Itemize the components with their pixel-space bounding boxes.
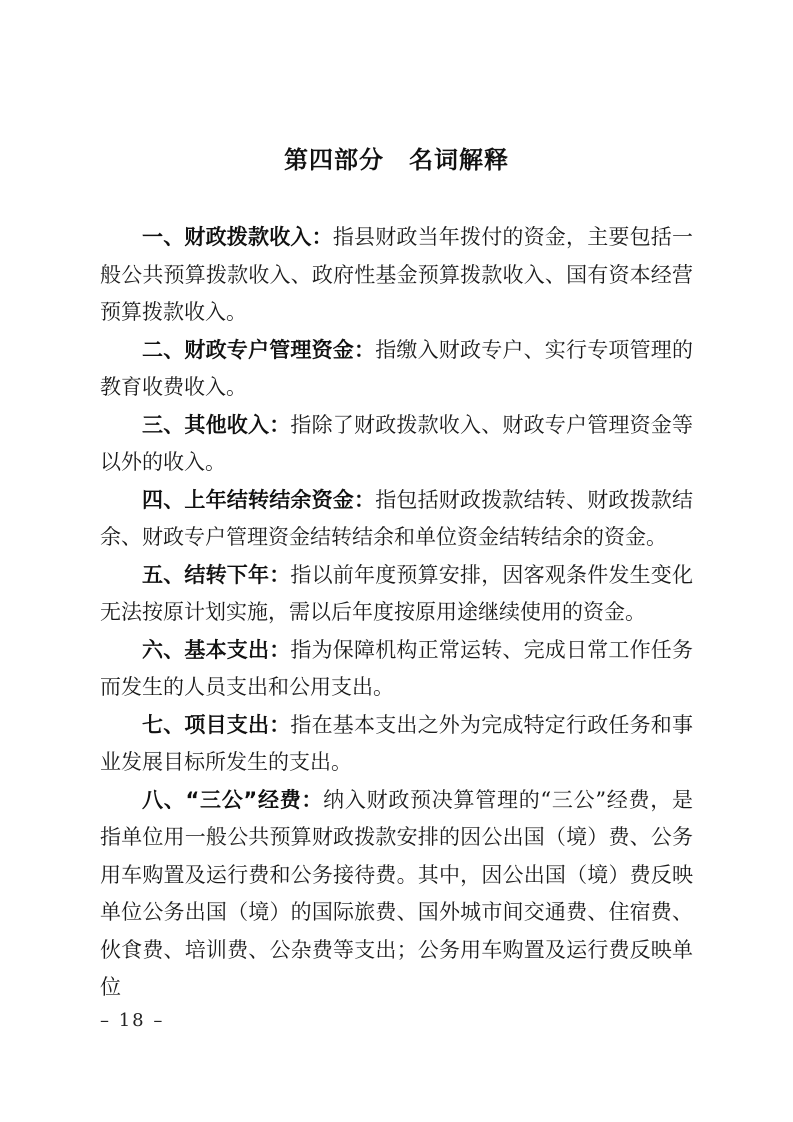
- definition-paragraph: 三、其他收入：指除了财政拨款收入、财政专户管理资金等以外的收入。: [100, 407, 693, 482]
- definition-paragraph: 一、财政拨款收入：指县财政当年拨付的资金，主要包括一般公共预算拨款收入、政府性基…: [100, 219, 693, 332]
- definition-text: 纳入财政预决算管理的“三公”经费，是指单位用一般公共预算财政拨款安排的因公出国（…: [100, 788, 693, 1000]
- page-title: 第四部分 名词解释: [0, 140, 793, 175]
- definition-paragraph: 四、上年结转结余资金：指包括财政拨款结转、财政拨款结余、财政专户管理资金结转结余…: [100, 482, 693, 557]
- definition-term: 六、基本支出：: [142, 638, 290, 662]
- definition-paragraph: 八、“三公”经费：纳入财政预决算管理的“三公”经费，是指单位用一般公共预算财政拨…: [100, 782, 693, 1007]
- definition-term: 三、其他收入：: [142, 413, 290, 437]
- definition-term: 一、财政拨款收入：: [142, 225, 333, 249]
- definition-paragraph: 二、财政专户管理资金：指缴入财政专户、实行专项管理的教育收费收入。: [100, 332, 693, 407]
- definition-term: 八、“三公”经费：: [142, 788, 323, 812]
- definition-paragraph: 六、基本支出：指为保障机构正常运转、完成日常工作任务而发生的人员支出和公用支出。: [100, 632, 693, 707]
- definition-term: 二、财政专户管理资金：: [142, 338, 375, 362]
- document-page: 第四部分 名词解释 一、财政拨款收入：指县财政当年拨付的资金，主要包括一般公共预…: [0, 0, 793, 1122]
- definition-paragraph: 七、项目支出：指在基本支出之外为完成特定行政任务和事业发展目标所发生的支出。: [100, 707, 693, 782]
- definition-term: 七、项目支出：: [142, 713, 290, 737]
- definition-term: 五、结转下年：: [142, 563, 290, 587]
- definition-paragraph: 五、结转下年：指以前年度预算安排，因客观条件发生变化无法按原计划实施，需以后年度…: [100, 557, 693, 632]
- definition-term: 四、上年结转结余资金：: [142, 488, 375, 512]
- page-number: – 18 –: [100, 1010, 164, 1031]
- document-content: 一、财政拨款收入：指县财政当年拨付的资金，主要包括一般公共预算拨款收入、政府性基…: [100, 219, 693, 1007]
